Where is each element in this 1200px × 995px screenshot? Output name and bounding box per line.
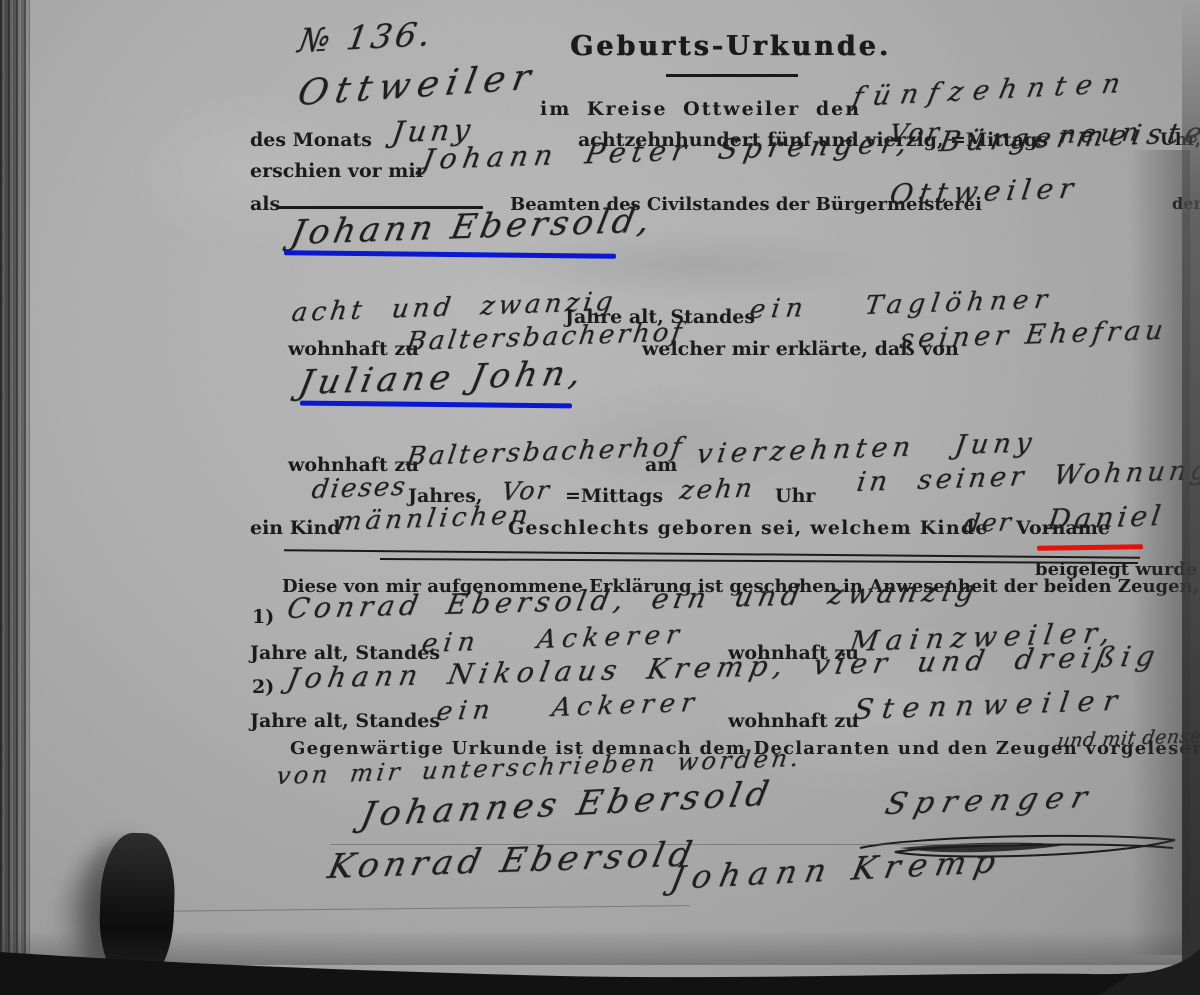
document-title: Geburts-Urkunde. <box>570 33 891 60</box>
child-sex-handwritten: männlichen <box>335 502 533 535</box>
page-clip <box>97 832 176 986</box>
form-text: Geschlechts geboren sei, welchem Kinde <box>508 519 989 538</box>
spouse-phrase-handwritten: seiner Ehefrau <box>898 317 1169 353</box>
closing-handwritten-1: und mit denselben <box>1056 725 1200 751</box>
signature-official: Sprenger <box>882 783 1098 820</box>
signature-witness2: Johann Kremp <box>668 845 1006 894</box>
red-underline-child-name <box>1037 544 1143 550</box>
form-text: am <box>645 456 677 475</box>
form-text: im Kreise Ottweiler den <box>540 100 861 119</box>
page-right-edge <box>1182 0 1200 995</box>
father-name-handwritten: Johann Ebersold, <box>288 203 657 250</box>
witness1-number: 1) <box>252 608 274 627</box>
form-text: wohnhaft zu <box>728 712 859 731</box>
form-text: des Monats <box>250 131 372 150</box>
witness1-occupation-handwritten: ein Ackerer <box>420 622 687 657</box>
title-underline <box>666 74 798 77</box>
this-year-handwritten: dieses <box>310 474 409 503</box>
form-text: ein Kind <box>250 519 341 538</box>
clerk-flourish-line <box>380 558 1138 563</box>
form-text: Jahre alt, Standes <box>250 712 440 731</box>
day-handwritten: fünfzehnten <box>850 70 1132 111</box>
signature-declarant: Johannes Ebersold <box>358 777 776 832</box>
official-name-handwritten: Johann Peter Sprenger, Bürgermeister <box>420 118 1200 174</box>
table-edge-dark-band <box>0 900 1200 995</box>
registry-place-handwritten: Ottweiler <box>295 60 540 112</box>
book-gutter-edge <box>0 0 30 995</box>
form-text: erschien vor mir <box>250 162 426 181</box>
birth-certificate-scan: № 136. Geburts-Urkunde. Ottweiler im Kre… <box>0 0 1200 995</box>
witness2-number: 2) <box>252 678 274 697</box>
father-occupation-handwritten: ein Taglöhner <box>748 286 1055 323</box>
witness2-occupation-handwritten: ein Ackerer <box>435 690 702 725</box>
blue-underline-father <box>284 250 616 258</box>
form-text: wohnhaft zu <box>288 340 419 359</box>
form-text: =Mittags <box>565 487 663 506</box>
blue-underline-mother <box>300 401 572 409</box>
birth-hour-handwritten: zehn <box>678 475 757 504</box>
child-name-handwritten: Daniel <box>1046 502 1166 534</box>
form-text: als <box>250 195 280 214</box>
certificate-number: № 136. <box>296 17 436 57</box>
birth-place-handwritten: Baltersbacherhof <box>405 434 686 470</box>
mother-name-handwritten: Juliane John, <box>296 356 589 400</box>
witness2-residence-handwritten: Stennweiler <box>852 687 1128 724</box>
form-text: Uhr <box>775 487 815 506</box>
pencil-baseline <box>150 905 690 912</box>
article-handwritten: der <box>962 509 1015 536</box>
municipality-handwritten: Ottweiler <box>888 174 1081 209</box>
